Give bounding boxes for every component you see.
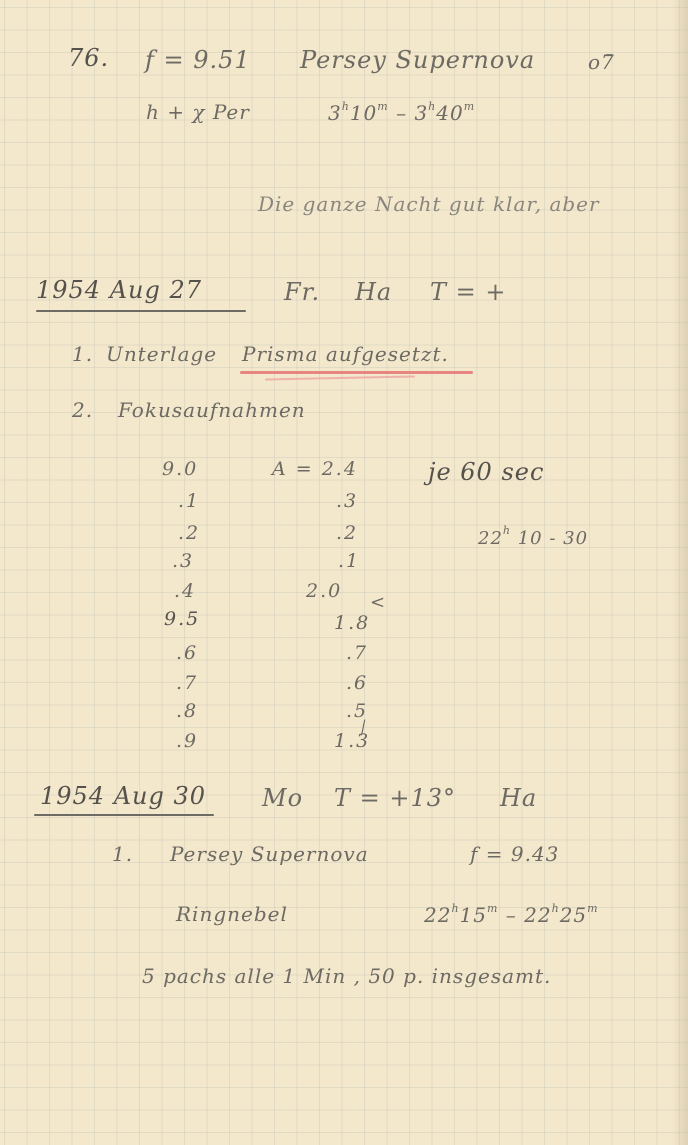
table-cell-f: .9 <box>176 730 198 752</box>
time-note: 22h 10 - 30 <box>478 524 588 549</box>
observer: Ha <box>355 278 392 306</box>
item-1-text: Persey Supernova <box>170 842 369 866</box>
table-cell-a: .2 <box>336 522 358 544</box>
temperature: T = + <box>430 278 506 306</box>
entry-date: 1954 Aug 30 <box>40 782 206 810</box>
table-cell-f: .4 <box>174 580 196 602</box>
exposure-note: je 60 sec <box>428 458 544 486</box>
table-cell-a: A = 2.4 <box>272 458 358 480</box>
time-range: 22h15m – 22h25m <box>424 902 599 927</box>
red-underline <box>240 371 473 374</box>
table-cell-f: .3 <box>172 550 194 572</box>
table-cell-f: .1 <box>178 490 200 512</box>
item-1-number: 1. <box>72 342 93 366</box>
table-cell-a: 1.8 <box>334 612 370 634</box>
item-1-text: Unterlage <box>106 342 217 366</box>
date-underline <box>36 310 246 312</box>
best-focus-marker: < <box>370 592 385 613</box>
entry-date: 1954 Aug 27 <box>36 276 202 304</box>
red-underline-stroke <box>265 375 415 380</box>
entry-number: 76. <box>68 44 109 72</box>
notebook-page: 76. f = 9.51 Persey Supernova o7̄ h + χ … <box>0 0 688 1145</box>
table-cell-f: .6 <box>176 642 198 664</box>
object-mark: o7̄ <box>588 50 615 74</box>
table-cell-a: .5 <box>346 700 368 722</box>
item-1-highlight: Prisma aufgesetzt. <box>242 342 449 366</box>
weekday: Mo <box>262 784 303 812</box>
table-cell-a: .1 <box>338 550 360 572</box>
temperature: T = +13° <box>334 784 456 812</box>
table-cell-f: .2 <box>178 522 200 544</box>
table-cell-f: .7 <box>176 672 198 694</box>
exposure-remark: 5 pachs alle 1 Min , 50 p. insgesamt. <box>142 964 551 988</box>
night-remark: Die ganze Nacht gut klar, aber <box>258 192 600 216</box>
focus-value: f = 9.43 <box>470 842 559 866</box>
table-cell-a: 2.0 <box>306 580 342 602</box>
target-name: h + χ Per <box>146 100 250 124</box>
table-cell-a: .7 <box>346 642 368 664</box>
table-cell-a: .6 <box>346 672 368 694</box>
focus-value: f = 9.51 <box>145 46 251 74</box>
date-underline <box>34 814 214 816</box>
observer: Ha <box>500 784 537 812</box>
item-2-number: 2. <box>72 398 93 422</box>
weekday: Fr. <box>284 278 320 306</box>
item-2-text: Fokusaufnahmen <box>118 398 306 422</box>
item-1-number: 1. <box>112 842 133 866</box>
table-cell-f: 9.5 <box>164 608 200 630</box>
time-range: 3h10m – 3h40m <box>328 100 475 125</box>
object-name: Ringnebel <box>176 902 288 926</box>
table-cell-a: .3 <box>336 490 358 512</box>
table-cell-f: .8 <box>176 700 198 722</box>
table-cell-f: 9.0 <box>162 458 198 480</box>
object-name: Persey Supernova <box>300 46 535 74</box>
